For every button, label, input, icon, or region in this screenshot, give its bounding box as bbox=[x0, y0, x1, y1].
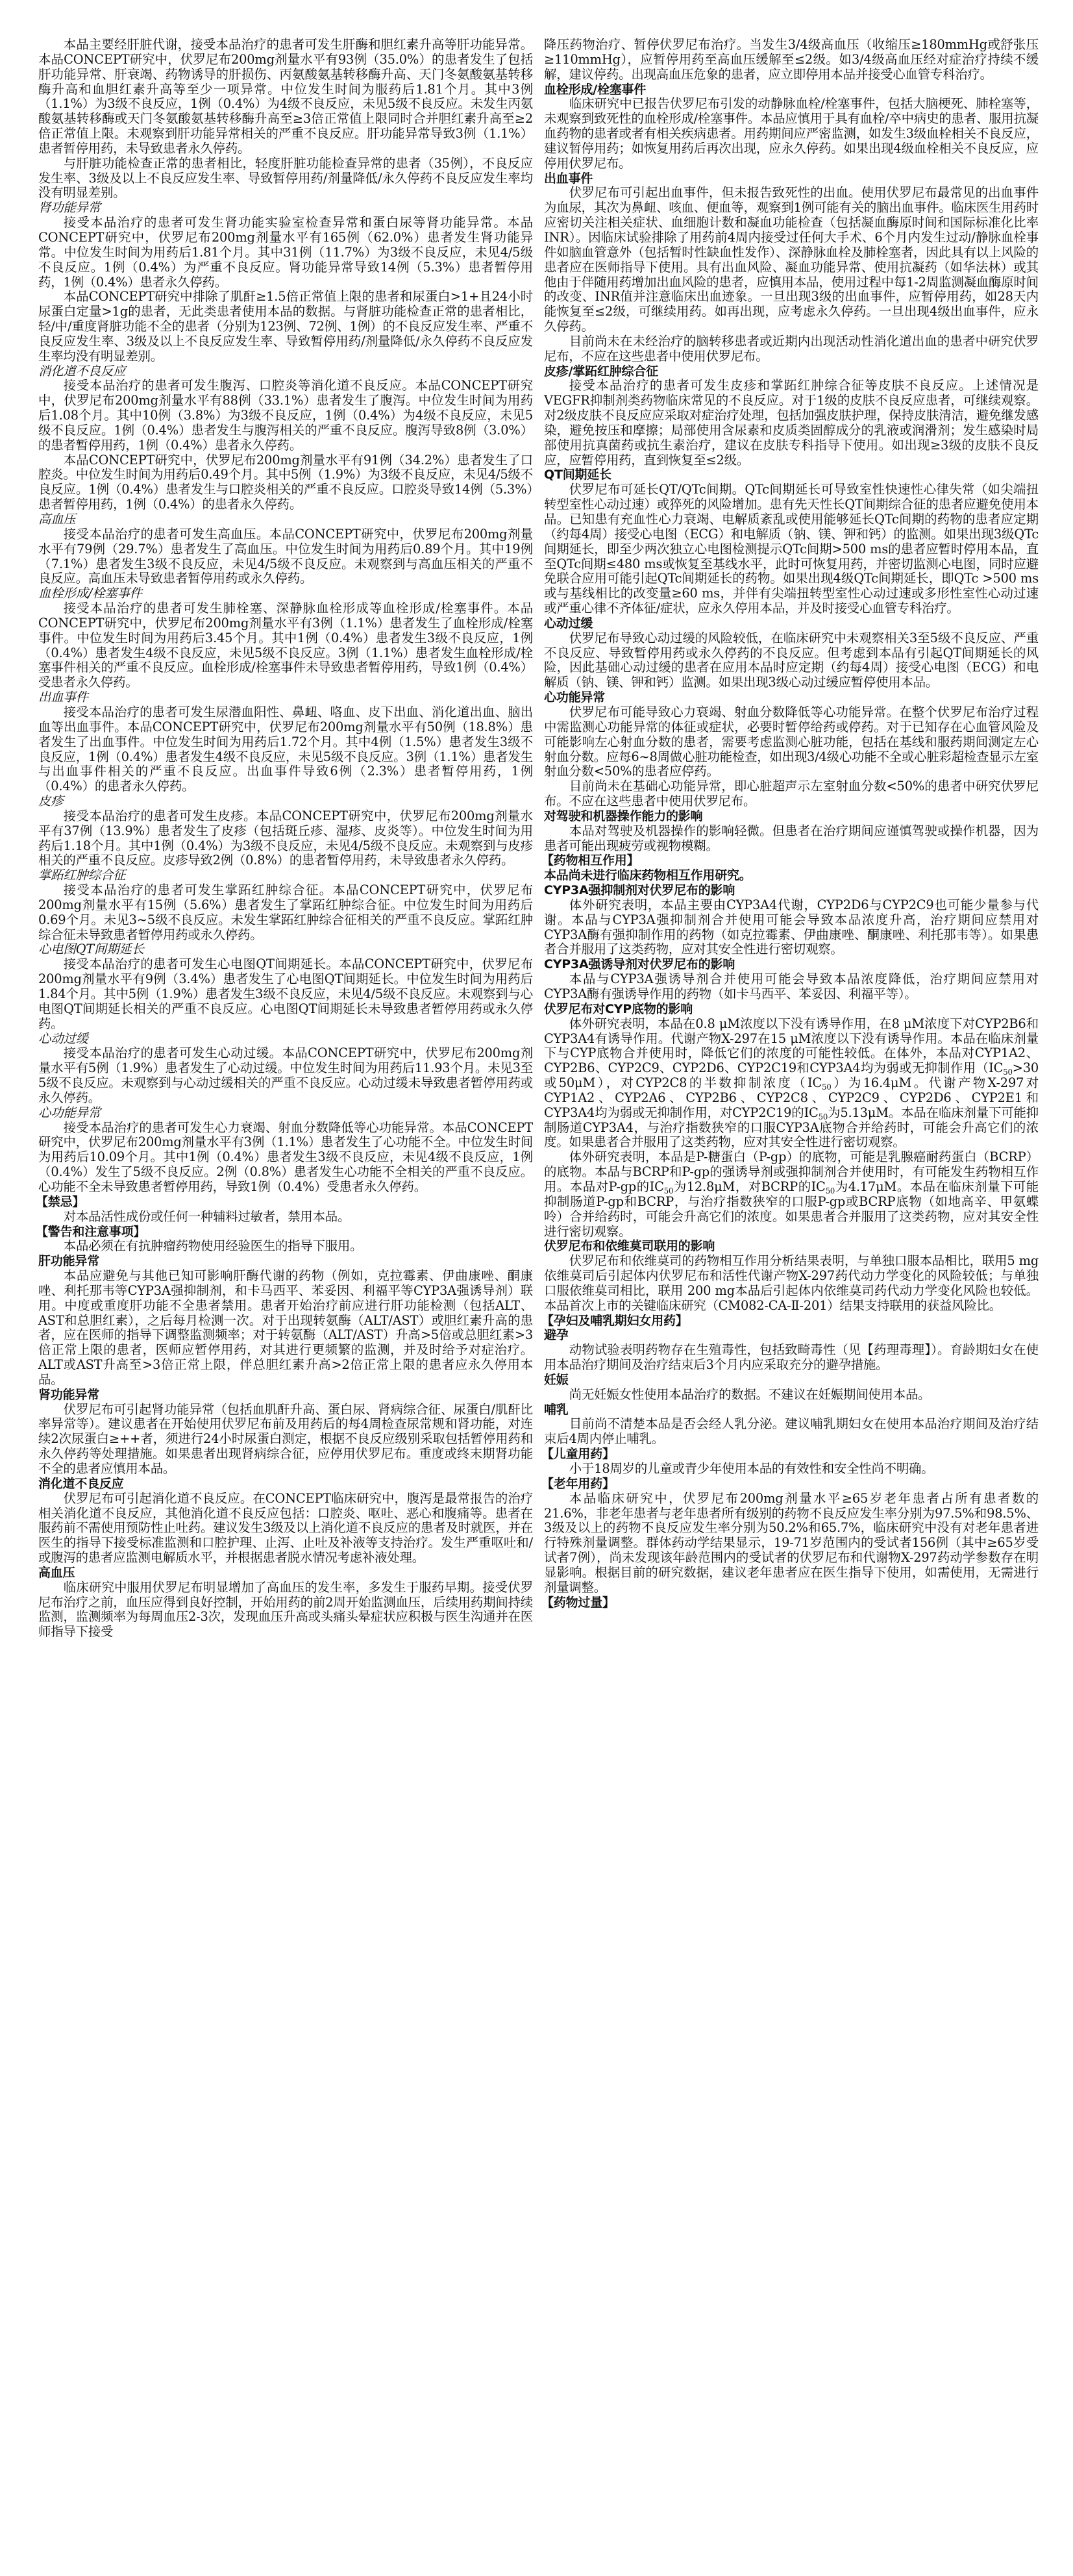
body-paragraph: 本品对驾驶及机器操作的影响轻微。但患者在治疗期间应谨慎驾驶或操作机器，因为患者可… bbox=[544, 824, 1039, 854]
section-subheading: 哺乳 bbox=[544, 1403, 1039, 1418]
section-heading: 【警告和注意事项】 bbox=[36, 1225, 533, 1240]
body-paragraph: 接受本品治疗的患者可发生心电图QT间期延长。本品CONCEPT研究中，伏罗尼布2… bbox=[38, 957, 533, 1031]
body-paragraph: 接受本品治疗的患者可发生掌跖红肿综合征。本品CONCEPT研究中，伏罗尼布200… bbox=[38, 883, 533, 942]
section-subheading: CYP3A强诱导剂对伏罗尼布的影响 bbox=[544, 957, 1039, 972]
section-heading: 【儿童用药】 bbox=[541, 1447, 1039, 1462]
body-paragraph: 接受本品治疗的患者可发生腹泻、口腔炎等消化道不良反应。本品CONCEPT研究中，… bbox=[38, 379, 533, 453]
body-paragraph: 对本品活性成份或任何一种辅料过敏者，禁用本品。 bbox=[38, 1210, 533, 1225]
document-page: 本品主要经肝脏代谢，接受本品治疗的患者可发生肝酶和胆红素升高等肝功能异常。本品C… bbox=[0, 0, 1073, 2576]
subsection-heading: 皮疹 bbox=[38, 794, 533, 809]
text-run: 体外研究表明，本品在0.8 μM浓度以下没有诱导作用，在8 μM浓度下对CYP2… bbox=[544, 1016, 1039, 1076]
body-paragraph: 接受本品治疗的患者可发生皮疹。本品CONCEPT研究中，伏罗尼布200mg剂量水… bbox=[38, 809, 533, 868]
section-subheading: 本品尚未进行临床药物相互作用研究。 bbox=[544, 868, 1039, 883]
body-paragraph: 接受本品治疗的患者可发生尿潜血阳性、鼻衄、咯血、皮下出血、消化道出血、脑出血等出… bbox=[38, 705, 533, 794]
subsection-heading: 掌跖红肿综合征 bbox=[38, 868, 533, 883]
section-subheading: QT间期延长 bbox=[544, 468, 1039, 482]
subsection-heading: 心动过缓 bbox=[38, 1032, 533, 1047]
section-subheading: 伏罗尼布对CYP底物的影响 bbox=[544, 1002, 1039, 1017]
body-paragraph: 本品临床研究中，伏罗尼布200mg剂量水平≥65岁老年患者占所有患者数的 21.… bbox=[544, 1492, 1039, 1595]
body-paragraph: 临床研究中服用伏罗尼布明显增加了高血压的发生率，多发生于服药早期。接受伏罗尼布治… bbox=[38, 1581, 533, 1640]
body-paragraph: 目前尚未在未经治疗的脑转移患者或近期内出现活动性消化道出血的患者中研究伏罗尼布，… bbox=[544, 334, 1039, 364]
section-subheading: 皮疹/掌跖红肿综合征 bbox=[544, 364, 1039, 379]
section-subheading: 血栓形成/栓塞事件 bbox=[544, 82, 1039, 97]
body-paragraph: 伏罗尼布可能导致心力衰竭、射血分数降低等心功能异常。在整个伏罗尼布治疗过程中需监… bbox=[544, 705, 1039, 779]
body-paragraph: 接受本品治疗的患者可发生心动过缓。本品CONCEPT研究中，伏罗尼布200mg剂… bbox=[38, 1046, 533, 1105]
subsection-heading: 心功能异常 bbox=[38, 1106, 533, 1121]
body-paragraph: 伏罗尼布可引起出血事件，但未报告致死性的出血。使用伏罗尼布最常见的出血事件为血尿… bbox=[544, 186, 1039, 334]
section-subheading: 肾功能异常 bbox=[38, 1388, 533, 1403]
section-subheading: 伏罗尼布和依维莫司联用的影响 bbox=[544, 1239, 1039, 1254]
subsection-heading: 肾功能异常 bbox=[38, 201, 533, 216]
body-paragraph: 体外研究表明，本品主要由CYP3A4代谢，CYP2D6与CYP2C9也可能少量参… bbox=[544, 898, 1039, 957]
body-paragraph: 本品与CYP3A强诱导剂合并使用可能会导致本品浓度降低，治疗期间应禁用对CYP3… bbox=[544, 972, 1039, 1002]
section-subheading: 心动过缓 bbox=[544, 616, 1039, 631]
body-paragraph: 伏罗尼布和依维莫司的药物相互作用分析结果表明，与单独口服本品相比，联用5 mg依… bbox=[544, 1254, 1039, 1313]
section-subheading: 高血压 bbox=[38, 1566, 533, 1581]
section-heading: 【孕妇及哺乳期妇女用药】 bbox=[541, 1314, 1039, 1329]
subsection-heading: 心电图QT间期延长 bbox=[38, 942, 533, 957]
body-paragraph: 与肝脏功能检查正常的患者相比，轻度肝脏功能检查异常的患者（35例），不良反应发生… bbox=[38, 156, 533, 201]
section-subheading: 妊娠 bbox=[544, 1373, 1039, 1388]
body-paragraph: 本品应避免与其他已知可影响肝酶代谢的药物（例如，克拉霉素、伊曲康唑、酮康唑、利托… bbox=[38, 1269, 533, 1388]
body-paragraph: 接受本品治疗的患者可发生高血压。本品CONCEPT研究中，伏罗尼布200mg剂量… bbox=[38, 527, 533, 586]
body-paragraph: 接受本品治疗的患者可发生肾功能实验室检查异常和蛋白尿等肾功能异常。本品CONCE… bbox=[38, 216, 533, 290]
section-subheading: 肝功能异常 bbox=[38, 1254, 533, 1269]
section-subheading: 心功能异常 bbox=[544, 690, 1039, 705]
body-paragraph: 目前尚不清楚本品是否会经人乳分泌。建议哺乳期妇女在使用本品治疗期间及治疗结束后4… bbox=[544, 1417, 1039, 1447]
subsection-heading: 血栓形成/栓塞事件 bbox=[38, 586, 533, 601]
body-paragraph: 体外研究表明，本品在0.8 μM浓度以下没有诱导作用，在8 μM浓度下对CYP2… bbox=[544, 1017, 1039, 1151]
body-paragraph: 动物试验表明药物存在生殖毒性，包括致畸毒性（见【药理毒理】）。育龄期妇女在使用本… bbox=[544, 1343, 1039, 1373]
section-heading: 【老年用药】 bbox=[541, 1477, 1039, 1492]
body-paragraph: 接受本品治疗的患者可发生皮疹和掌跖红肿综合征等皮肤不良反应。上述情况是VEGFR… bbox=[544, 379, 1039, 468]
subsection-heading: 消化道不良反应 bbox=[38, 364, 533, 379]
body-paragraph: 体外研究表明，本品是P-糖蛋白（P-gp）的底物，可能是乳腺癌耐药蛋白（BCRP… bbox=[544, 1150, 1039, 1239]
body-paragraph: 伏罗尼布可引起肾功能异常（包括血肌酐升高、蛋白尿、肾病综合征、尿蛋白/肌酐比率异… bbox=[38, 1403, 533, 1477]
right-column: 降压药物治疗、暂停伏罗尼布治疗。当发生3/4级高血压（收缩压≥180mmHg或舒… bbox=[544, 38, 1039, 1610]
section-subheading: CYP3A强抑制剂对伏罗尼布的影响 bbox=[544, 883, 1039, 898]
body-paragraph: 伏罗尼布导致心动过缓的风险较低，在临床研究中未观察相关3至5级不良反应、严重不良… bbox=[544, 631, 1039, 690]
body-paragraph: 小于18周岁的儿童或青少年使用本品的有效性和安全性尚不明确。 bbox=[544, 1462, 1039, 1477]
body-paragraph: 临床研究中已报告伏罗尼布引发的动静脉血栓/栓塞事件，包括大脑梗死、肺栓塞等，未观… bbox=[544, 97, 1039, 171]
text-run: 为12.8μM，对BCRP的IC bbox=[673, 1179, 826, 1194]
left-column: 本品主要经肝脏代谢，接受本品治疗的患者可发生肝酶和胆红素升高等肝功能异常。本品C… bbox=[38, 38, 533, 1640]
body-paragraph: 伏罗尼布可延长QT/QTc间期。QTc间期延长可导致室性快速性心律失常（如尖端扭… bbox=[544, 482, 1039, 616]
body-paragraph: 目前尚未在基础心功能异常，即心脏超声示左室射血分数<50%的患者中研究伏罗尼布。… bbox=[544, 779, 1039, 809]
section-subheading: 避孕 bbox=[544, 1328, 1039, 1343]
subsection-heading: 出血事件 bbox=[38, 690, 533, 705]
section-subheading: 对驾驶和机器操作能力的影响 bbox=[544, 809, 1039, 824]
body-paragraph: 尚无妊娠女性使用本品治疗的数据。不建议在妊娠期间使用本品。 bbox=[544, 1388, 1039, 1403]
body-paragraph: 接受本品治疗的患者可发生心力衰竭、射血分数降低等心功能异常。本品CONCEPT研… bbox=[38, 1121, 533, 1195]
body-paragraph: 本品CONCEPT研究中排除了肌酐≥1.5倍正常值上限的患者和尿蛋白>1+且24… bbox=[38, 290, 533, 364]
body-paragraph: 本品CONCEPT研究中，伏罗尼布200mg剂量水平有91例（34.2%）患者发… bbox=[38, 453, 533, 512]
body-paragraph: 本品主要经肝脏代谢，接受本品治疗的患者可发生肝酶和胆红素升高等肝功能异常。本品C… bbox=[38, 38, 533, 156]
section-heading: 【药物过量】 bbox=[541, 1595, 1039, 1610]
section-heading: 【药物相互作用】 bbox=[541, 853, 1039, 868]
body-paragraph: 接受本品治疗的患者可发生肺栓塞、深静脉血栓形成等血栓形成/栓塞事件。本品CONC… bbox=[38, 601, 533, 690]
section-subheading: 消化道不良反应 bbox=[38, 1477, 533, 1492]
subsection-heading: 高血压 bbox=[38, 512, 533, 527]
section-subheading: 出血事件 bbox=[544, 171, 1039, 186]
body-paragraph: 伏罗尼布可引起消化道不良反应。在CONCEPT临床研究中，腹泻是最常报告的治疗相… bbox=[38, 1492, 533, 1566]
body-paragraph: 本品必须在有抗肿瘤药物使用经验医生的指导下服用。 bbox=[38, 1239, 533, 1254]
section-heading: 【禁忌】 bbox=[36, 1195, 533, 1210]
body-paragraph: 降压药物治疗、暂停伏罗尼布治疗。当发生3/4级高血压（收缩压≥180mmHg或舒… bbox=[544, 38, 1039, 82]
